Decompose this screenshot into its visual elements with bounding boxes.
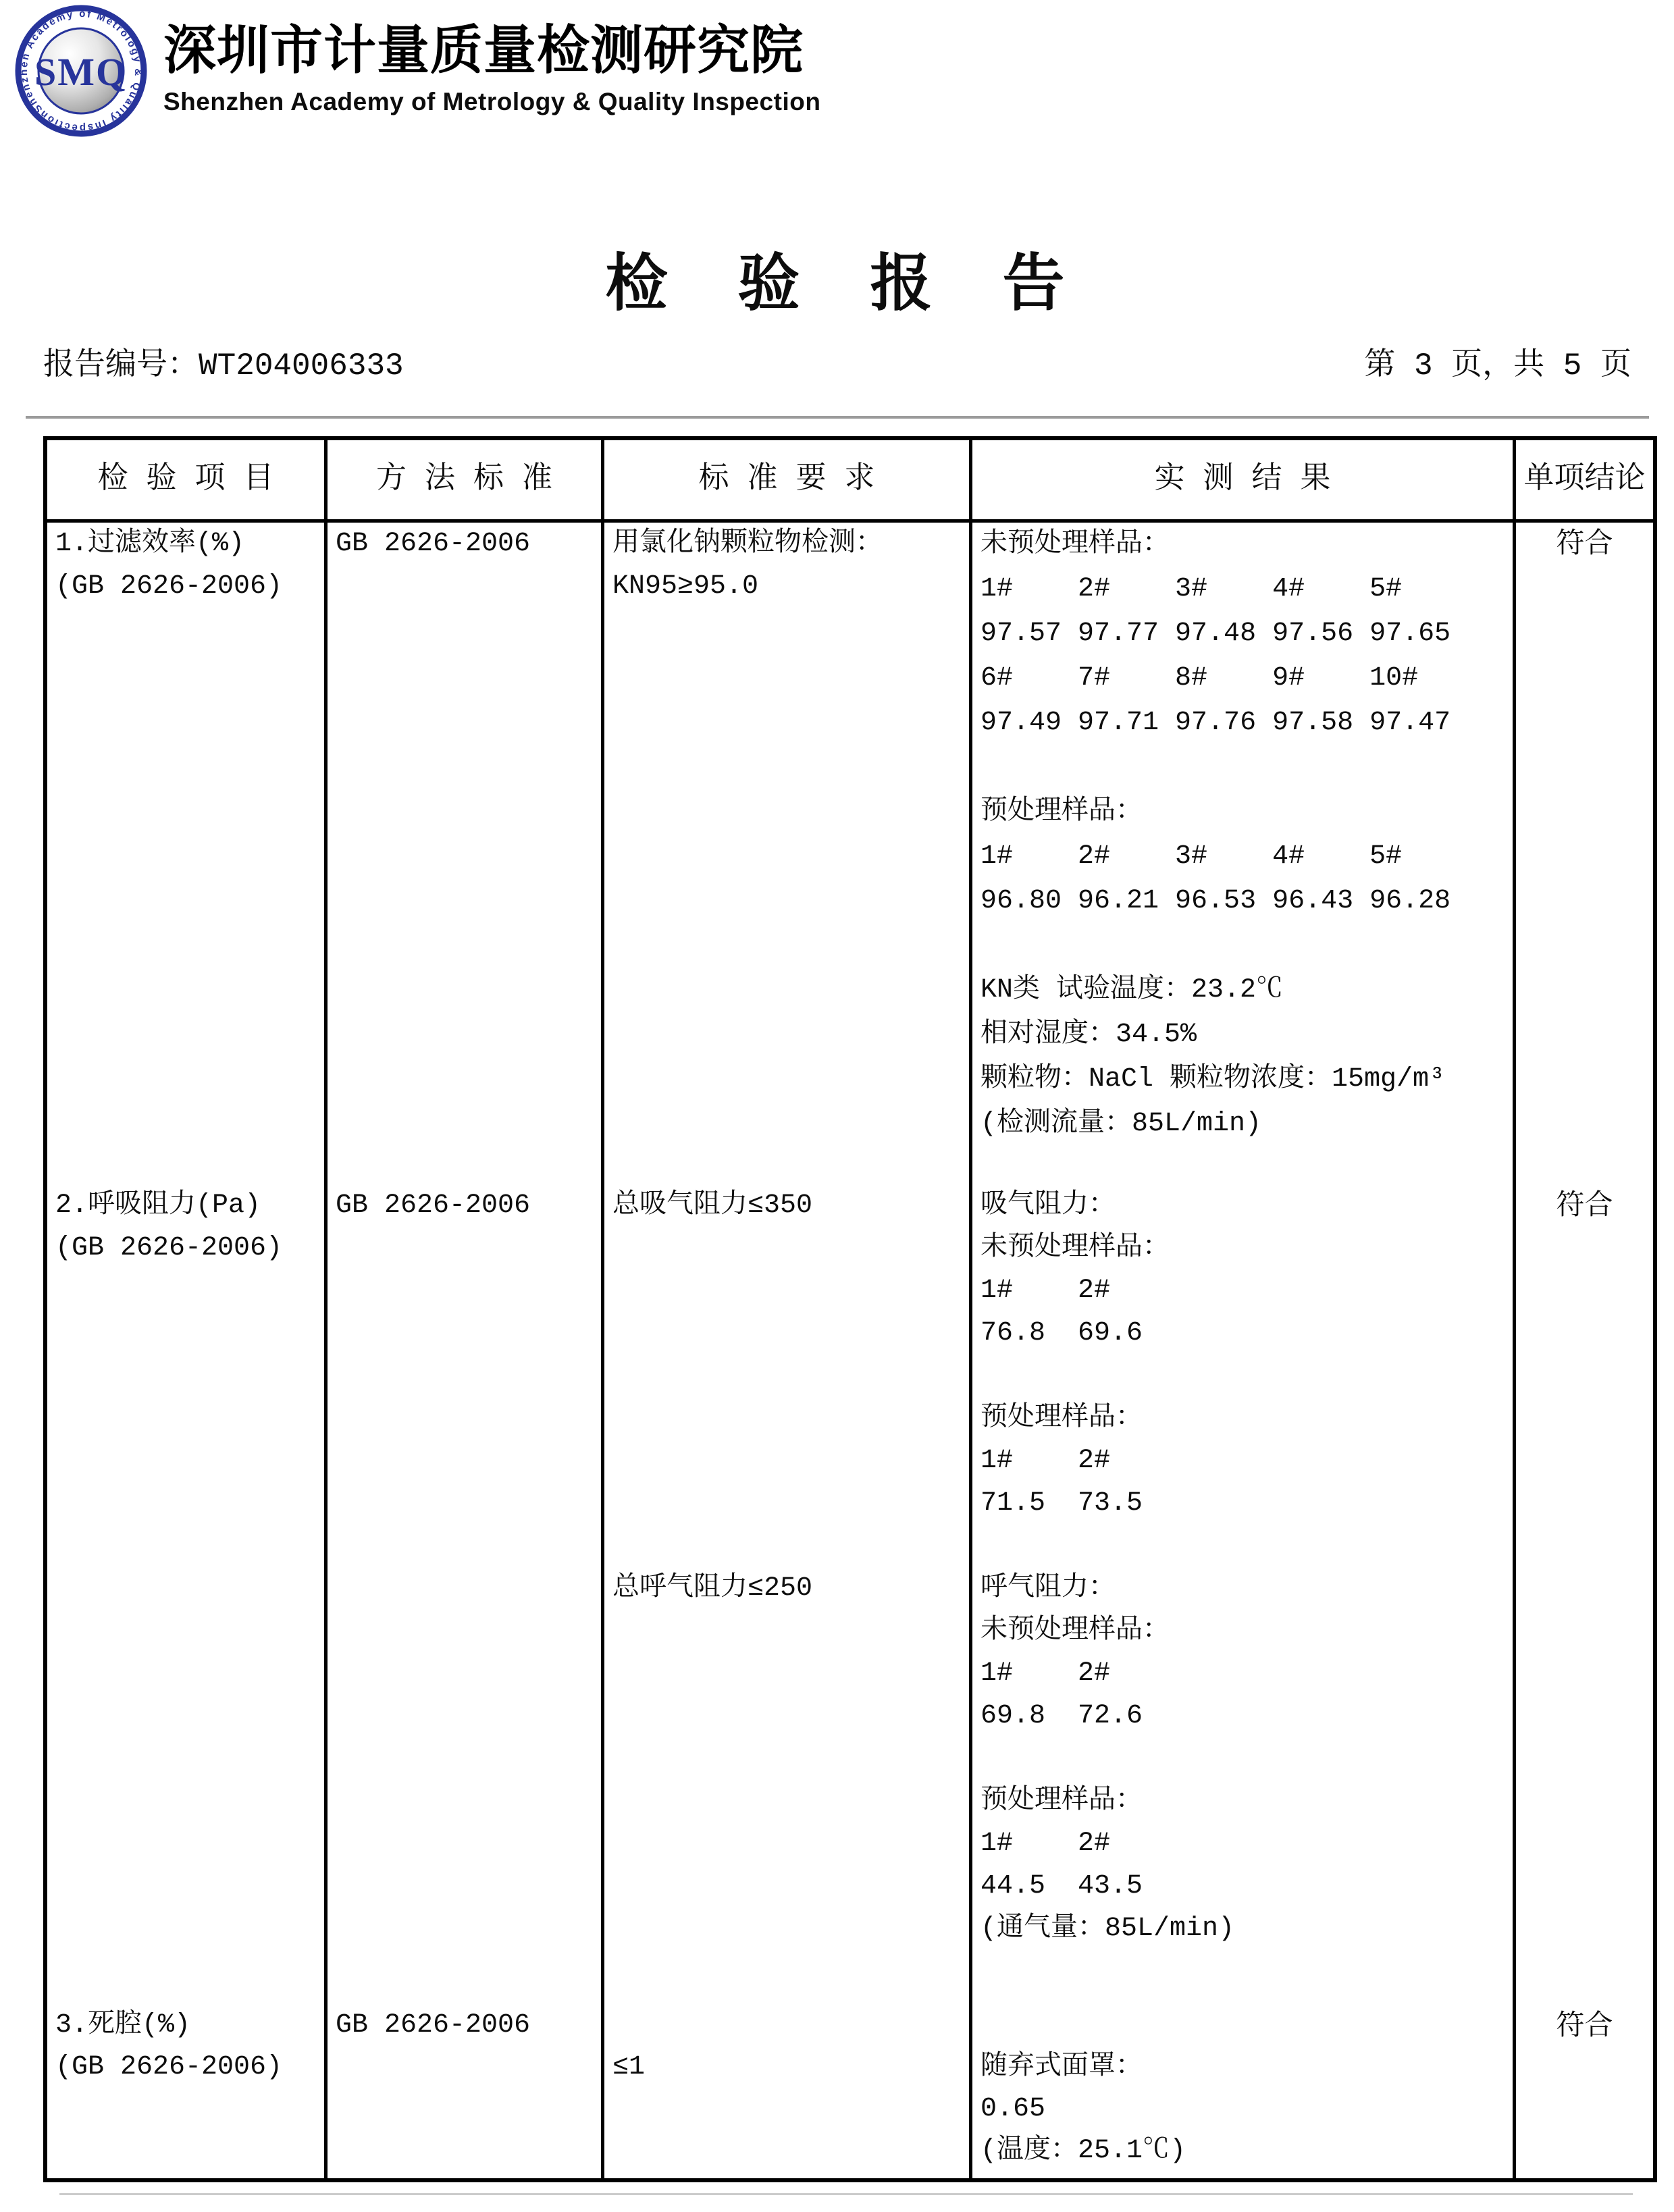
page-bottom-rule [59, 2193, 1633, 2195]
text-line: GB 2626-2006 [336, 2005, 593, 2047]
inspection-table: 检 验 项 目 方 法 标 准 标 准 要 求 实 测 结 果 单项结论 1.过… [43, 436, 1657, 2182]
text-line: 6# 7# 8# 9# 10# [980, 656, 1505, 701]
header-cell-item: 检 验 项 目 [47, 440, 324, 519]
report-number: 报告编号：WT204006333 [43, 339, 404, 384]
header-divider [26, 416, 1649, 419]
cell-method: GB 2626-2006 [324, 523, 601, 1184]
logo-abbr: SMQ [34, 50, 128, 94]
text-line [980, 924, 1505, 968]
conclusion-text: 符合 [1524, 1184, 1645, 1229]
text-line: 未预处理样品： [980, 1610, 1505, 1652]
cell-method: GB 2626-2006 [324, 2005, 601, 2178]
text-line: 96.80 96.21 96.53 96.43 96.28 [980, 879, 1505, 924]
cell-requirement: 用氯化钠颗粒物检测：KN95≥95.0 [601, 523, 969, 1184]
text-line: 44.5 43.5 [980, 1865, 1505, 1907]
cell-requirement: ≤1 [601, 2005, 969, 2178]
text-line [612, 1269, 961, 1312]
report-meta-row: 报告编号：WT204006333 第 3 页，共 5 页 [43, 339, 1631, 384]
text-line: 总呼气阻力≤250 [612, 1567, 961, 1610]
text-line: 0.65 [980, 2088, 1505, 2130]
text-line [612, 1354, 961, 1397]
text-line [612, 1525, 961, 1567]
text-line: 71.5 73.5 [980, 1482, 1505, 1525]
cell-result: 吸气阻力：未预处理样品：1# 2#76.8 69.6 预处理样品：1# 2#71… [969, 1184, 1513, 2005]
org-name-cn: 深圳市计量质量检测研究院 [163, 8, 820, 84]
header-cell-method: 方 法 标 准 [324, 440, 601, 519]
cell-item: 1.过滤效率(%)(GB 2626-2006) [47, 523, 324, 1184]
text-line [612, 2005, 961, 2047]
text-line: 69.8 72.6 [980, 1695, 1505, 1737]
text-line [612, 1227, 961, 1269]
text-line: 3.死腔(%) [55, 2005, 316, 2047]
text-line: ≤1 [612, 2047, 961, 2088]
text-line [612, 1397, 961, 1440]
header-cell-conclusion: 单项结论 [1513, 440, 1653, 519]
cell-conclusion: 符合 [1513, 2005, 1653, 2178]
text-line: 颗粒物：NaCl 颗粒物浓度：15mg/m³ [980, 1057, 1505, 1102]
cell-method: GB 2626-2006 [324, 1184, 601, 2005]
text-line: 预处理样品： [980, 790, 1505, 835]
table-row-dead-space: 3.死腔(%)(GB 2626-2006) GB 2626-2006 ≤1 随弃… [47, 2005, 1653, 2178]
org-name-en: Shenzhen Academy of Metrology & Quality … [163, 88, 820, 116]
text-line: (检测流量：85L/min) [980, 1102, 1505, 1147]
text-line: GB 2626-2006 [336, 523, 593, 565]
header-cell-requirement: 标 准 要 求 [601, 440, 969, 519]
cell-result: 未预处理样品：1# 2# 3# 4# 5#97.57 97.77 97.48 9… [969, 523, 1513, 1184]
text-line: (GB 2626-2006) [55, 565, 316, 608]
text-line [612, 1482, 961, 1525]
table-row-breathing-resistance: 2.呼吸阻力(Pa)(GB 2626-2006) GB 2626-2006 总吸… [47, 1184, 1653, 2005]
inspection-report-page: Shenzhen Academy of Metrology & Quality … [0, 0, 1674, 2212]
text-line: 呼气阻力： [980, 1567, 1505, 1610]
text-line: KN类 试验温度：23.2℃ [980, 968, 1505, 1013]
header-cell-result: 实 测 结 果 [969, 440, 1513, 519]
text-line [980, 2005, 1505, 2047]
text-line [612, 1312, 961, 1354]
letterhead: 深圳市计量质量检测研究院 Shenzhen Academy of Metrolo… [163, 8, 820, 116]
text-line: (通气量：85L/min) [980, 1907, 1505, 1950]
text-line: 未预处理样品： [980, 1227, 1505, 1269]
text-line: (温度：25.1℃) [980, 2130, 1505, 2172]
text-line: 1# 2# [980, 1822, 1505, 1865]
text-line [980, 1354, 1505, 1397]
text-line: 97.57 97.77 97.48 97.56 97.65 [980, 612, 1505, 656]
conclusion-text: 符合 [1524, 523, 1645, 567]
text-line: 总吸气阻力≤350 [612, 1184, 961, 1227]
text-line: KN95≥95.0 [612, 565, 961, 608]
text-line: 1.过滤效率(%) [55, 523, 316, 565]
cell-requirement: 总吸气阻力≤350 总呼气阻力≤250 [601, 1184, 969, 2005]
cell-result: 随弃式面罩：0.65(温度：25.1℃) [969, 2005, 1513, 2178]
report-title: 检 验 报 告 [0, 234, 1674, 323]
text-line: (GB 2626-2006) [55, 1227, 316, 1269]
text-line: 未预处理样品： [980, 523, 1505, 567]
text-line: 用氯化钠颗粒物检测： [612, 523, 961, 565]
text-line: 1# 2# [980, 1440, 1505, 1482]
text-line: 76.8 69.6 [980, 1312, 1505, 1354]
text-line: (GB 2626-2006) [55, 2047, 316, 2088]
text-line [612, 1440, 961, 1482]
text-line: 1# 2# [980, 1269, 1505, 1312]
cell-item: 2.呼吸阻力(Pa)(GB 2626-2006) [47, 1184, 324, 2005]
table-header-row: 检 验 项 目 方 法 标 准 标 准 要 求 实 测 结 果 单项结论 [47, 440, 1653, 523]
text-line: 2.呼吸阻力(Pa) [55, 1184, 316, 1227]
text-line: 预处理样品： [980, 1397, 1505, 1440]
cell-item: 3.死腔(%)(GB 2626-2006) [47, 2005, 324, 2178]
text-line [980, 745, 1505, 790]
text-line: 1# 2# 3# 4# 5# [980, 567, 1505, 612]
table-row-filtration-efficiency: 1.过滤效率(%)(GB 2626-2006) GB 2626-2006 用氯化… [47, 523, 1653, 1184]
text-line: 相对湿度：34.5% [980, 1013, 1505, 1057]
text-line: 预处理样品： [980, 1780, 1505, 1822]
smq-logo: Shenzhen Academy of Metrology & Quality … [9, 3, 153, 139]
text-line: 1# 2# 3# 4# 5# [980, 835, 1505, 879]
text-line [980, 1737, 1505, 1780]
text-line: 97.49 97.71 97.76 97.58 97.47 [980, 701, 1505, 745]
cell-conclusion: 符合 [1513, 1184, 1653, 2005]
text-line: GB 2626-2006 [336, 1184, 593, 1227]
text-line: 1# 2# [980, 1652, 1505, 1695]
text-line: 吸气阻力： [980, 1184, 1505, 1227]
text-line [980, 1525, 1505, 1567]
page-indicator: 第 3 页，共 5 页 [1364, 339, 1631, 384]
text-line: 随弃式面罩： [980, 2047, 1505, 2088]
cell-conclusion: 符合 [1513, 523, 1653, 1184]
conclusion-text: 符合 [1524, 2005, 1645, 2049]
